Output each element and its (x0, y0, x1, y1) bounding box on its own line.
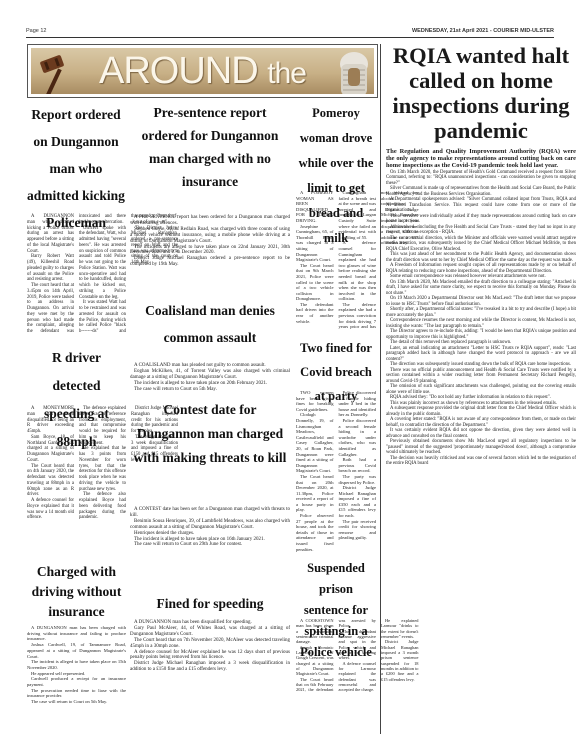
paragraph: He explained Larmour "drinks to the exte… (381, 618, 419, 639)
paragraph: A defence counsel for Larmour explained … (339, 661, 377, 693)
paragraph: A MONEYMORE man has been disqualified fo… (27, 406, 74, 435)
article-threats: A CONTEST date has been set for a Dungan… (130, 507, 290, 548)
paragraph: The case will return to Court on 5th May… (27, 699, 126, 705)
paragraph: The pair received credit for showing rem… (339, 519, 377, 541)
paragraph: The Court heard that on 9th March 2021, … (296, 263, 334, 302)
paragraph: Joseph Dominic Larmour, 41, of Gough Cre… (296, 645, 334, 677)
banner-title-the: the (267, 57, 306, 90)
article-pomeroy: A POMEROY WOMAN AS BEEN DISQUALIFIED FOR… (296, 190, 376, 330)
paragraph: Shortly after, a Departmental official s… (386, 307, 576, 318)
paragraph: A Departmental spokesperson advised: "Si… (386, 197, 576, 214)
dateline: WEDNESDAY, 21st April 2021 - COURIER MID… (412, 28, 554, 34)
paragraph: Cunningham failed a breath test at the s… (339, 190, 377, 240)
banner-title: AROUND the COURTS (71, 50, 334, 94)
article-no-insurance: A DUNGANNON man has been charged with dr… (27, 625, 126, 705)
paragraph: Gary Paul McAleer, 44, of Whites Road, w… (130, 626, 290, 638)
paragraph: The incidents are alleged to have taken … (130, 245, 290, 257)
headline-no-insurance: Charged with driving without insurance (27, 562, 126, 622)
paragraph: The incident is alleged to have taken pl… (27, 659, 126, 670)
paragraph: Clodagh Donnelly, 19, of Lismonoghan Mea… (296, 412, 334, 474)
paragraph: Barry Robert Watt (49), Killeeshil Road … (27, 254, 74, 283)
headline-threats: Contest date for Dungannon man charged w… (130, 398, 290, 470)
paragraph: District Judge Michael Ranaghan imposed … (381, 639, 419, 682)
paragraph: Previously obtained documents show Ms Ma… (386, 439, 576, 456)
paragraph: The prosecution needed time to liase wit… (27, 688, 126, 699)
paragraph: Both had a previous Covid breach on reco… (339, 457, 377, 474)
article-covid: TWO women have been given fines for brea… (296, 390, 376, 553)
paragraph: The defence also explained Boyce had bee… (79, 492, 126, 521)
paragraph: These services were individually asked i… (386, 214, 576, 225)
paragraph: Sam Boyce, 18, of Northland Gardens, was… (27, 435, 74, 464)
paragraph: A COOKSTOWN man has been given a suspend… (296, 618, 334, 645)
section-banner: AROUND the COURTS (27, 44, 378, 98)
headline-coalisland: Coalisland man denies common assault (130, 297, 290, 351)
paragraph: Later, an email indicating an attachment… (386, 346, 576, 363)
paragraph: The Court heard that on 4th January 2020… (27, 464, 74, 499)
paragraph: The party was dispersed by Police. (339, 474, 377, 485)
article-kicking: A DUNGANNON man who admitted kicking a P… (27, 214, 126, 339)
paragraph: The Director agrees to re-include this, … (386, 329, 576, 340)
page-header: Page 12 WEDNESDAY, 21st April 2021 - COU… (26, 27, 554, 38)
paragraph: The case will return to Court on 5th May… (130, 387, 290, 393)
paragraph: A covering letter stated: "RQIA is not a… (386, 417, 576, 428)
paragraph: TWO women have been given fines for brea… (296, 390, 334, 412)
paragraph: The Court heard that on 7th November 202… (130, 638, 290, 650)
paragraph: The defendant became aggressive and spat… (339, 629, 377, 661)
paragraph: Eoghan McKilken, 41, of Torrent Valley w… (130, 369, 290, 381)
paragraph: This was just ahead of her secondment to… (386, 252, 576, 263)
paragraph: RQIA advised they: "Do not hold any furt… (386, 395, 576, 401)
judge-wig-icon (337, 50, 371, 94)
paragraph: The controversial direction, which the M… (386, 236, 576, 253)
paragraph: A defence counsel for Boyce explained th… (27, 498, 74, 521)
paragraph: A Freedom of Information request sought … (386, 263, 576, 274)
article-insurance-report: A PRE-SENTENCE report has been ordered f… (130, 215, 290, 268)
article-rqia: The Regulation and Quality Improvement A… (386, 148, 576, 467)
paragraph: On 13th March 2020, the Department of He… (386, 170, 576, 187)
paragraph: Police observed 27 people at the house, … (296, 513, 334, 552)
paragraph: The Court heard that on 20th December 20… (296, 474, 334, 513)
paragraph: Correspondence resumes the next morning … (386, 318, 576, 329)
paragraph: District Judge Michael Ranaghan imposed … (339, 485, 377, 519)
paragraph: A POMEROY WOMAN AS BEEN DISQUALIFIED FOR… (296, 190, 334, 224)
paragraph: Stephen Currie, 22, of Redlain Road, was… (130, 227, 290, 245)
paragraph: Josephine Cunningham, 65, of Thornhill R… (296, 224, 334, 263)
banner-title-around: AROUND (99, 50, 258, 92)
paragraph: The case will return to Court on 29th Ju… (130, 542, 290, 548)
paragraph: Police discovered a second female hiding… (339, 418, 377, 457)
paragraph: There was no official public announcemen… (386, 368, 576, 385)
paragraph: The defence explained there was a refere… (79, 406, 126, 446)
paragraph: A DUNGANNON man has been charged with dr… (27, 625, 126, 642)
rqia-lead: The Regulation and Quality Improvement A… (386, 148, 576, 170)
headline-speeding: Fined for speeding (130, 595, 290, 613)
paragraph: Cardwell produced a reciept for an insur… (27, 676, 126, 687)
paragraph: District Judge Michael Ranaghan imposed … (130, 661, 290, 673)
paragraph: Benimin Sousa Henriques, 39, of Lambfiel… (130, 519, 290, 531)
paragraph: A defence counsel for Cunningham explain… (339, 240, 377, 302)
article-speeding: A DUNGANNON man has been disqualified fo… (130, 620, 290, 673)
gavel-icon (37, 52, 73, 94)
paragraph: Police discovered a female hiding under … (339, 390, 377, 418)
paragraph: Officers spoke with the defendant, Watt,… (79, 226, 126, 301)
paragraph: A CONTEST date has been set for a Dungan… (130, 507, 290, 519)
paragraph: The decision was heavily criticised and … (386, 456, 576, 467)
article-coalisland: A COALISLAND man has pleaded not guilty … (130, 363, 290, 393)
paragraph: A defence counsel for McAleer explained … (130, 650, 290, 662)
paragraph: On 19 March 2020 a Departmental Director… (386, 296, 576, 307)
paragraph: The incident is alleged to have taken pl… (130, 381, 290, 387)
article-spitting: A COOKSTOWN man has been given a suspend… (296, 618, 376, 698)
paragraph: District Judge Michael Ranaghan ordered … (130, 256, 290, 268)
headline-rqia: RQIA wanted halt called on home inspecti… (386, 43, 576, 143)
paragraph: Silver Command is made up of representat… (386, 186, 576, 197)
paragraph: A subsequent response provided the origi… (386, 406, 576, 417)
paragraph: A PRE-SENTENCE report has been ordered f… (130, 215, 290, 227)
paragraph: It was certainly evident RQIA did not op… (386, 428, 576, 439)
page-number: Page 12 (26, 28, 47, 34)
paragraph: All involved - including the five Health… (386, 225, 576, 236)
article-r-driver: A MONEYMORE man has been disqualified fo… (27, 406, 126, 526)
paragraph: Joshua Cardwell, 19, of Tamnamore Road, … (27, 642, 126, 659)
paragraph: The omission of such significant attachm… (386, 384, 576, 395)
paragraph: The direction was subsequently issued st… (386, 362, 576, 368)
paragraph: He explained that he has 3 points from N… (79, 446, 126, 492)
paragraph: A DUNGANNON man who admitted kicking a P… (27, 214, 74, 254)
paragraph: On 13th March 2020, Ms Macleod emailed t… (386, 280, 576, 297)
headline-insurance-report: Pre-sentence report ordered for Dunganno… (130, 101, 290, 193)
paragraph: The defendant had driven into the rear o… (296, 302, 334, 324)
